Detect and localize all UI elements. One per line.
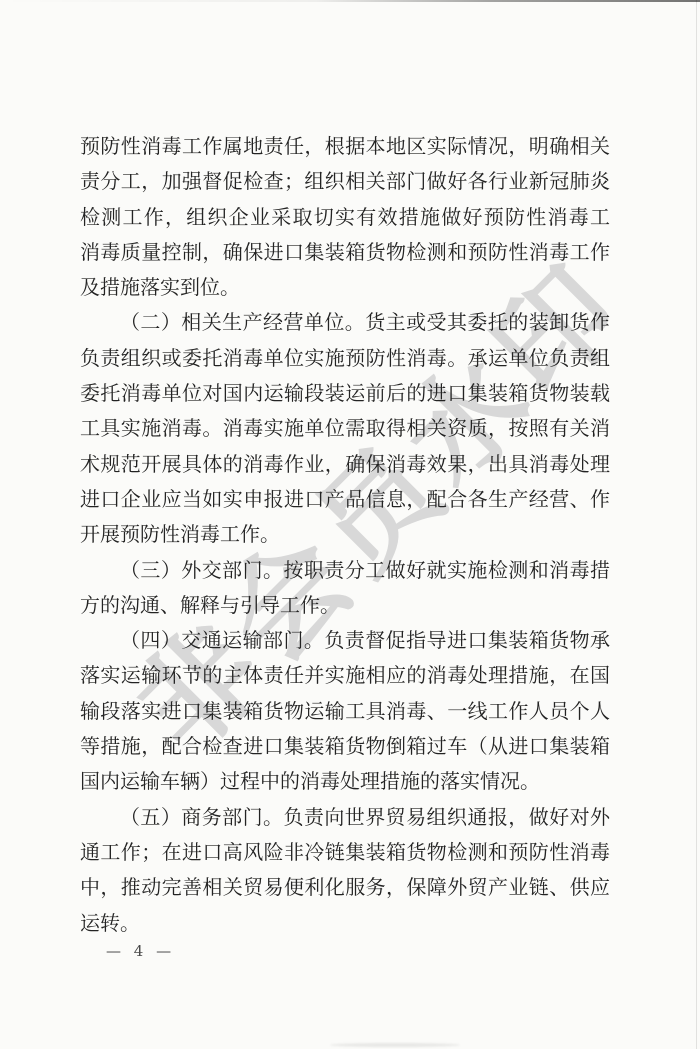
text-line: 开展预防性消毒工作。 bbox=[80, 517, 610, 552]
paragraph: （四）交通运输部门。负责督促指导进口集装箱货物承运单位落实运输环节的主体责任并实… bbox=[80, 623, 610, 799]
text-line: 方的沟通、解释与引导工作。 bbox=[80, 588, 610, 623]
text-line: 预防性消毒工作属地责任，根据本地区实际情况，明确相关部门职 bbox=[80, 129, 610, 164]
paragraph: （三）外交部门。按职责分工做好就实施检测和消毒措施与外方的沟通、解释与引导工作。 bbox=[80, 553, 610, 624]
document-body: 预防性消毒工作属地责任，根据本地区实际情况，明确相关部门职责分工，加强督促检查；… bbox=[80, 129, 610, 941]
text-line: 负责组织或委托消毒单位实施预防性消毒。承运单位负责组织或 bbox=[80, 341, 610, 376]
paragraph: （五）商务部门。负责向世界贸易组织通报，做好对外解释沟通工作；在进口高风险非冷链… bbox=[80, 800, 610, 941]
text-line: （三）外交部门。按职责分工做好就实施检测和消毒措施与外 bbox=[80, 553, 610, 588]
text-line: 委托消毒单位对国内运输段装运前后的进口集装箱货物装载运输 bbox=[80, 376, 610, 411]
text-line: 通工作；在进口高风险非冷链集装箱货物检测和预防性消毒工作 bbox=[80, 835, 610, 870]
text-line: 工具实施消毒。消毒实施单位需取得相关资质，按照有关消毒技 bbox=[80, 411, 610, 446]
paragraph: （二）相关生产经营单位。货主或受其委托的装卸货作业单位负责组织或委托消毒单位实施… bbox=[80, 305, 610, 552]
text-line: 进口企业应当如实申报进口产品信息，配合各生产经营、作业单位 bbox=[80, 482, 610, 517]
text-line: （五）商务部门。负责向世界贸易组织通报，做好对外解释沟 bbox=[80, 800, 610, 835]
text-line: 检测工作，组织企业采取切实有效措施做好预防性消毒工作，加强 bbox=[80, 200, 610, 235]
text-line: 责分工，加强督促检查；组织相关部门做好各行业新冠肺炎疫情的 bbox=[80, 164, 610, 199]
paragraph: 预防性消毒工作属地责任，根据本地区实际情况，明确相关部门职责分工，加强督促检查；… bbox=[80, 129, 610, 305]
scan-artifact-bottom-smudge bbox=[330, 1043, 460, 1047]
scanned-document-page: 非会员水印 预防性消毒工作属地责任，根据本地区实际情况，明确相关部门职责分工，加… bbox=[0, 0, 700, 1049]
text-line: 输段落实进口集装箱货物运输工具消毒、一线工作人员个人防护 bbox=[80, 694, 610, 729]
text-line: 术规范开展具体的消毒作业，确保消毒效果，出具消毒处理证明。 bbox=[80, 447, 610, 482]
scan-artifact-right-edge bbox=[696, 0, 697, 1049]
text-line: 运转。 bbox=[80, 906, 610, 941]
text-line: 落实运输环节的主体责任并实施相应的消毒处理措施，在国内运 bbox=[80, 658, 610, 693]
text-line: 国内运输车辆）过程中的消毒处理措施的落实情况。 bbox=[80, 764, 610, 799]
text-line: 等措施，配合检查进口集装箱货物倒箱过车（从进口集装箱换装至 bbox=[80, 729, 610, 764]
page-number: — 4 — bbox=[106, 942, 175, 960]
text-line: 及措施落实到位。 bbox=[80, 270, 610, 305]
text-line: （四）交通运输部门。负责督促指导进口集装箱货物承运单位 bbox=[80, 623, 610, 658]
text-line: （二）相关生产经营单位。货主或受其委托的装卸货作业单位 bbox=[80, 305, 610, 340]
text-line: 消毒质量控制，确保进口集装箱货物检测和预防性消毒工作责任 bbox=[80, 235, 610, 270]
text-line: 中，推动完善相关贸易便利化服务，保障外贸产业链、供应链畅通 bbox=[80, 870, 610, 905]
scan-artifact-top-edge bbox=[0, 0, 700, 2]
